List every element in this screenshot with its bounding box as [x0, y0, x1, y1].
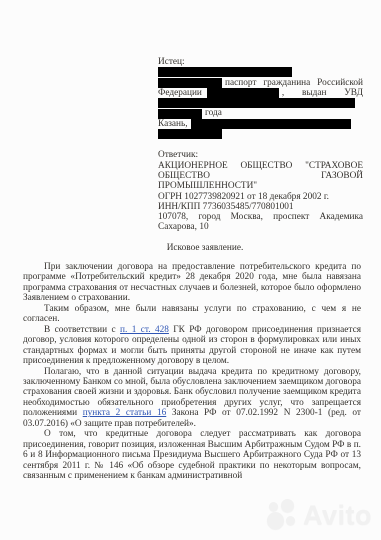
plaintiff-redacted-name-row: [158, 67, 363, 77]
redaction-bar: [158, 109, 202, 119]
redaction-bar: [191, 119, 351, 129]
parties-section: Истец: паспорт гражданина Российской Фед…: [158, 57, 363, 233]
plaintiff-section-label: Истец:: [158, 57, 363, 67]
plaintiff-year-text: года: [202, 108, 363, 118]
redaction-bar: [158, 78, 222, 88]
avito-logo-icon: [267, 499, 300, 531]
defendant-inn-kpp: ИНН/КПП 7736035485/770801001: [158, 202, 363, 212]
redaction-bar: [158, 67, 292, 77]
plaintiff-year-row: года: [158, 108, 363, 118]
plaintiff-city-text: Казань,: [158, 119, 188, 129]
defendant-label: Ответчик:: [158, 150, 363, 160]
avito-watermark: Avito: [267, 499, 372, 531]
claim-body: При заключении договора на предоставлени…: [23, 262, 361, 482]
paragraph-3: В соответствии с п. 1 ст. 428 ГК РФ дого…: [23, 325, 361, 367]
plaintiff-passport-text: паспорт гражданина Российской: [222, 78, 363, 88]
paragraph-3-pre: В соответствии с: [44, 325, 120, 335]
defendant-line: ОБЩЕСТВО ГАЗОВОЙ: [158, 171, 363, 181]
paragraph-4: Полагаю, что в данной ситуации выдача кр…: [23, 367, 361, 430]
paragraph-2: Таким образом, мне были навязаны услуги …: [23, 304, 361, 325]
plaintiff-redacted-row-short: [158, 129, 363, 139]
defendant-address-line: 107078, город Москва, проспект Академика: [158, 212, 363, 222]
law-link-article-16[interactable]: пункта 2 статьи 16: [83, 408, 167, 418]
plaintiff-federation-text: Федерации: [158, 88, 202, 98]
plaintiff-city-row: Казань,: [158, 119, 363, 129]
law-link-article-428[interactable]: п. 1 ст. 428: [120, 325, 169, 335]
defendant-address-line: Сахарова, 10: [158, 222, 363, 232]
document-photo: Истец: паспорт гражданина Российской Фед…: [0, 0, 381, 540]
plaintiff-label: Истец:: [158, 57, 185, 67]
defendant-line: АКЦИОНЕРНОЕ ОБЩЕСТВО "СТРАХОВОЕ: [158, 161, 363, 171]
claim-title: Исковое заявление.: [23, 243, 361, 253]
avito-watermark-text: Avito: [303, 502, 372, 529]
redaction-bar: [158, 129, 222, 139]
plaintiff-redacted-row-full: [158, 98, 363, 108]
redaction-bar: [158, 98, 355, 108]
defendant-ogrn: ОГРН 1027739820921 от 18 декабря 2002 г.: [158, 192, 363, 202]
paragraph-1: При заключении договора на предоставлени…: [23, 262, 361, 304]
defendant-section: Ответчик: АКЦИОНЕРНОЕ ОБЩЕСТВО "СТРАХОВО…: [158, 150, 363, 232]
paragraph-5: О том, что кредитные договора следует ра…: [23, 429, 361, 481]
redaction-bar: [207, 88, 279, 98]
plaintiff-issued-text: , выдан УВД: [279, 88, 363, 98]
defendant-line: ПРОМЫШЛЕННОСТИ": [158, 181, 363, 191]
plaintiff-federation-row: Федерации , выдан УВД: [158, 88, 363, 98]
plaintiff-passport-row: паспорт гражданина Российской: [158, 78, 363, 88]
